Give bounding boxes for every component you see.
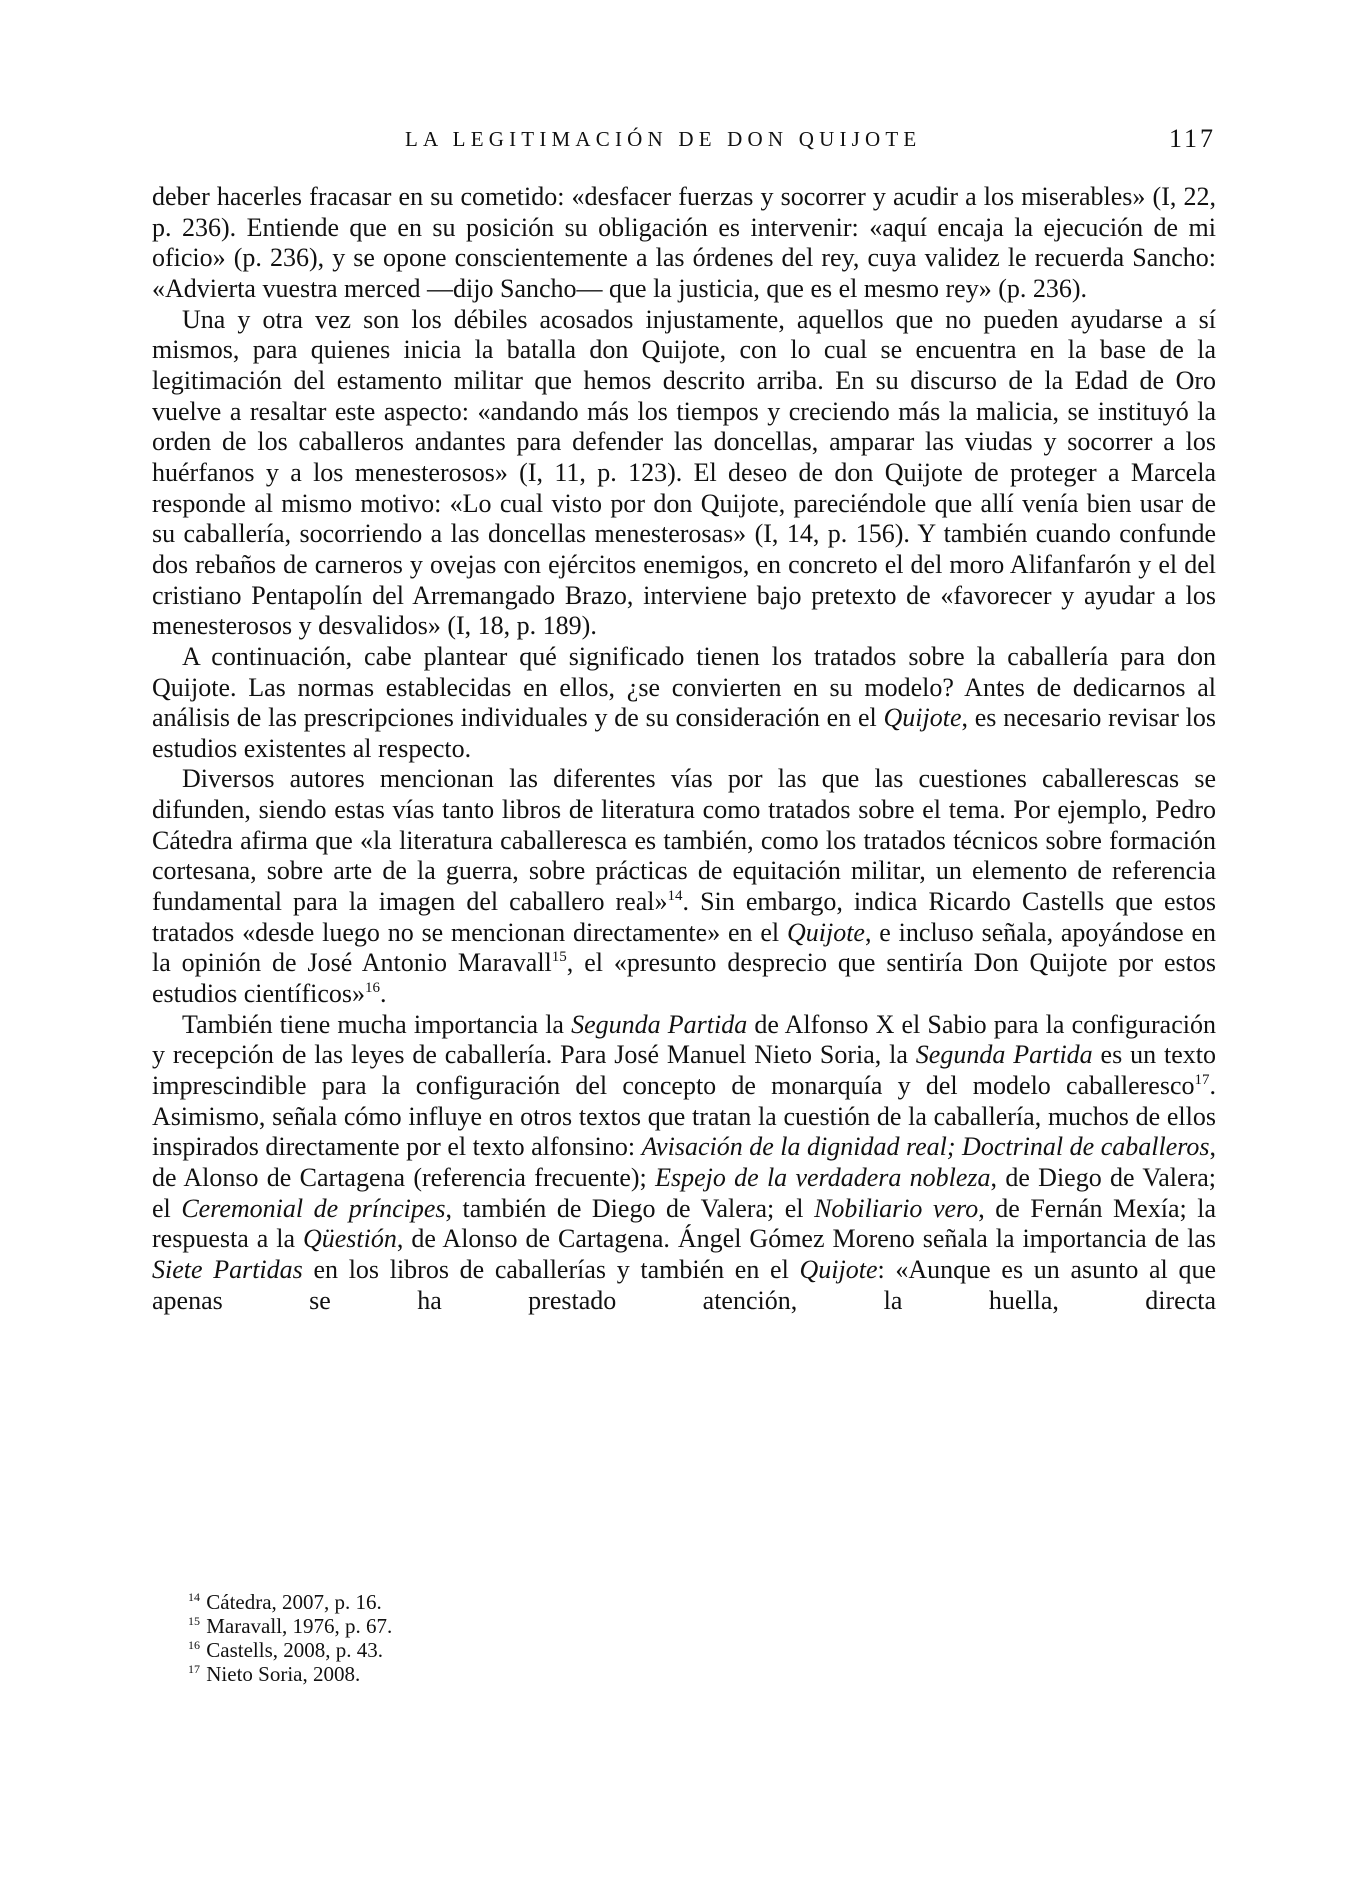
paragraph: Diversos autores mencionan las diferente…	[152, 764, 1216, 1009]
italic-title: Segunda Partida	[916, 1040, 1093, 1069]
text-run: deber hacerles fracasar en su cometido: …	[152, 182, 1216, 303]
paragraph: deber hacerles fracasar en su cometido: …	[152, 182, 1216, 305]
paragraph: También tiene mucha importancia la Segun…	[152, 1010, 1216, 1317]
running-title: LA LEGITIMACIÓN DE DON QUIJOTE	[405, 124, 921, 154]
footnote-reference: 15	[552, 949, 567, 965]
footnote-14: 14 Cátedra, 2007, p. 16.	[188, 1590, 392, 1614]
footnotes: 14 Cátedra, 2007, p. 16. 15 Maravall, 19…	[188, 1590, 392, 1686]
footnote-text: Cátedra, 2007, p. 16.	[206, 1590, 382, 1614]
footnote-17: 17 Nieto Soria, 2008.	[188, 1662, 392, 1686]
body-text: deber hacerles fracasar en su cometido: …	[152, 182, 1216, 1316]
text-run: , de Alonso de Cartagena. Ángel Gómez Mo…	[397, 1224, 1216, 1253]
italic-title: Avisación de la dignidad real; Doctrinal…	[642, 1132, 1210, 1161]
footnote-number: 16	[188, 1638, 200, 1652]
italic-title: Quijote	[884, 703, 962, 732]
page-number: 117	[1169, 124, 1216, 154]
footnote-reference: 14	[668, 888, 683, 904]
italic-title: Quijote	[787, 918, 865, 947]
italic-title: Qüestión	[303, 1224, 397, 1253]
footnote-number: 17	[188, 1662, 200, 1676]
footnote-16: 16 Castells, 2008, p. 43.	[188, 1638, 392, 1662]
running-head: LA LEGITIMACIÓN DE DON QUIJOTE 117	[152, 124, 1216, 154]
paragraph: Una y otra vez son los débiles acosados …	[152, 305, 1216, 642]
italic-title: Nobiliario vero	[814, 1194, 978, 1223]
footnote-number: 14	[188, 1590, 200, 1604]
text-run: También tiene mucha importancia la	[182, 1010, 571, 1039]
text-run: .	[380, 979, 387, 1008]
italic-title: Quijote	[800, 1255, 878, 1284]
footnote-text: Castells, 2008, p. 43.	[206, 1638, 383, 1662]
footnote-reference: 17	[1195, 1072, 1210, 1088]
italic-title: Ceremonial de príncipes	[181, 1194, 445, 1223]
italic-title: Siete Partidas	[152, 1255, 303, 1284]
italic-title: Espejo de la verdadera nobleza	[655, 1163, 990, 1192]
italic-title: Segunda Partida	[571, 1010, 747, 1039]
footnote-number: 15	[188, 1614, 200, 1628]
footnote-text: Nieto Soria, 2008.	[206, 1662, 360, 1686]
paragraph: A continuación, cabe plantear qué signif…	[152, 642, 1216, 765]
text-run: en los libros de caballerías y también e…	[303, 1255, 800, 1284]
text-run: , también de Diego de Valera; el	[446, 1194, 815, 1223]
footnote-text: Maravall, 1976, p. 67.	[206, 1614, 392, 1638]
text-run: Una y otra vez son los débiles acosados …	[152, 305, 1216, 641]
footnote-15: 15 Maravall, 1976, p. 67.	[188, 1614, 392, 1638]
footnote-reference: 16	[365, 980, 380, 996]
